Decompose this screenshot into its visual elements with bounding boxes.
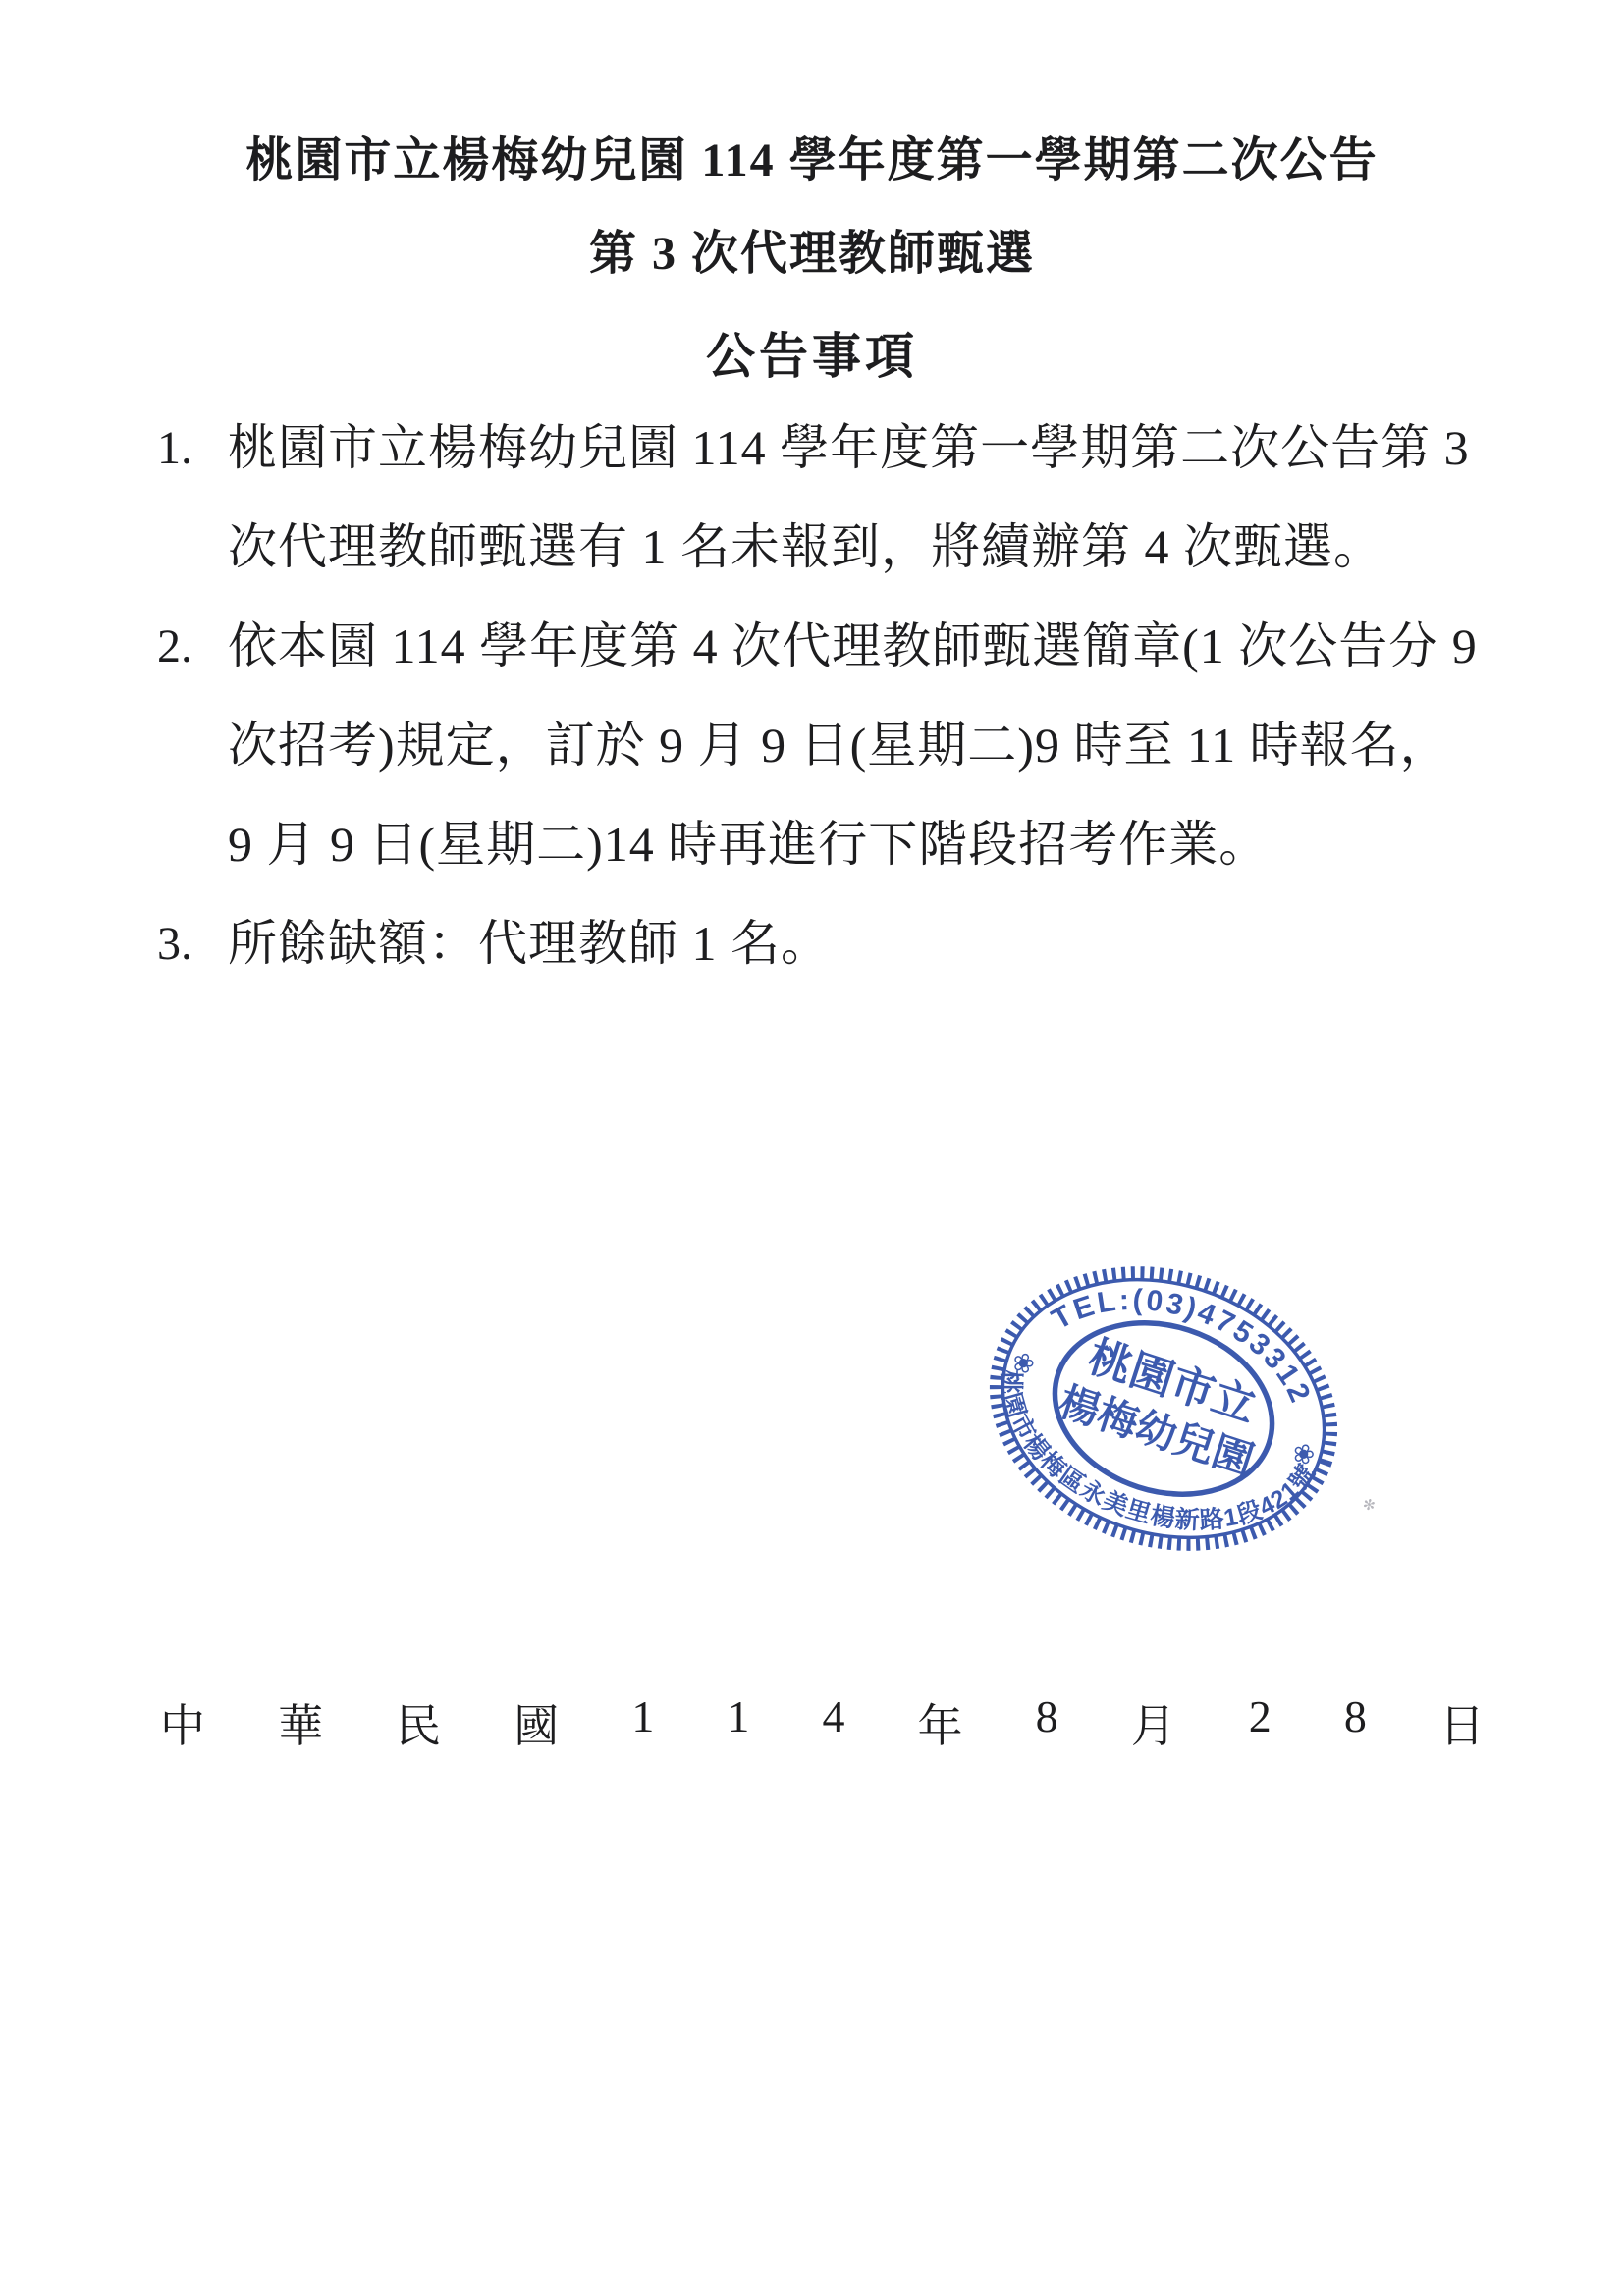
date-token: 日 (1439, 1690, 1485, 1755)
list-item-2: 2. 依本園 114 學年度第 4 次代理教師甄選簡章(1 次公告分 9 次招考… (157, 597, 1585, 894)
announcement-list: 1. 桃園市立楊梅幼兒園 114 學年度第一學期第二次公告第 3 次代理教師甄選… (157, 399, 1585, 993)
item-lines: 桃園市立楊梅幼兒園 114 學年度第一學期第二次公告第 3 次代理教師甄選有 1… (228, 399, 1470, 597)
item-line: 桃園市立楊梅幼兒園 114 學年度第一學期第二次公告第 3 (228, 399, 1470, 498)
date-token: 8 (1036, 1690, 1058, 1755)
item-line: 依本園 114 學年度第 4 次代理教師甄選簡章(1 次公告分 9 (228, 597, 1478, 696)
date-token: 中 (160, 1690, 205, 1755)
official-stamp: TEL:(03)4753312 桃園市楊梅區永美里楊新路1段421號 桃園市立 … (938, 1208, 1388, 1609)
page: 桃園市立楊梅幼兒園 114 學年度第一學期第二次公告 第 3 次代理教師甄選 公… (0, 0, 1624, 2296)
scan-artifact: ✻ (1361, 1495, 1377, 1515)
item-line: 所餘缺額：代理教師 1 名。 (228, 894, 831, 993)
date-token: 月 (1131, 1690, 1176, 1755)
date-token: 民 (396, 1690, 441, 1755)
date-line: 中 華 民 國 1 1 4 年 8 月 2 8 日 (160, 1690, 1485, 1755)
date-token: 1 (631, 1690, 654, 1755)
item-line: 次代理教師甄選有 1 名未報到，將續辦第 4 次甄選。 (228, 498, 1470, 597)
list-item-1: 1. 桃園市立楊梅幼兒園 114 學年度第一學期第二次公告第 3 次代理教師甄選… (157, 399, 1585, 597)
item-line: 9 月 9 日(星期二)14 時再進行下階段招考作業。 (228, 795, 1478, 894)
date-token: 華 (278, 1690, 323, 1755)
date-token: 國 (514, 1690, 559, 1755)
section-heading: 公告事項 (0, 317, 1624, 388)
item-number: 3. (157, 894, 228, 993)
list-item-3: 3. 所餘缺額：代理教師 1 名。 (157, 894, 1585, 993)
date-token: 1 (727, 1690, 749, 1755)
date-token: 8 (1344, 1690, 1367, 1755)
date-token: 2 (1249, 1690, 1272, 1755)
item-line: 次招考)規定，訂於 9 月 9 日(星期二)9 時至 11 時報名， (228, 696, 1478, 795)
document-title-line2: 第 3 次代理教師甄選 (0, 215, 1624, 283)
date-token: 4 (822, 1690, 844, 1755)
item-lines: 所餘缺額：代理教師 1 名。 (228, 894, 831, 993)
document-title-line1: 桃園市立楊梅幼兒園 114 學年度第一學期第二次公告 (0, 122, 1624, 189)
flower-icon-right: ❀ (1288, 1437, 1319, 1472)
flower-icon-left: ❀ (1008, 1346, 1039, 1381)
date-token: 年 (918, 1690, 963, 1755)
item-number: 1. (157, 399, 228, 498)
item-number: 2. (157, 597, 228, 696)
item-lines: 依本園 114 學年度第 4 次代理教師甄選簡章(1 次公告分 9 次招考)規定… (228, 597, 1478, 894)
